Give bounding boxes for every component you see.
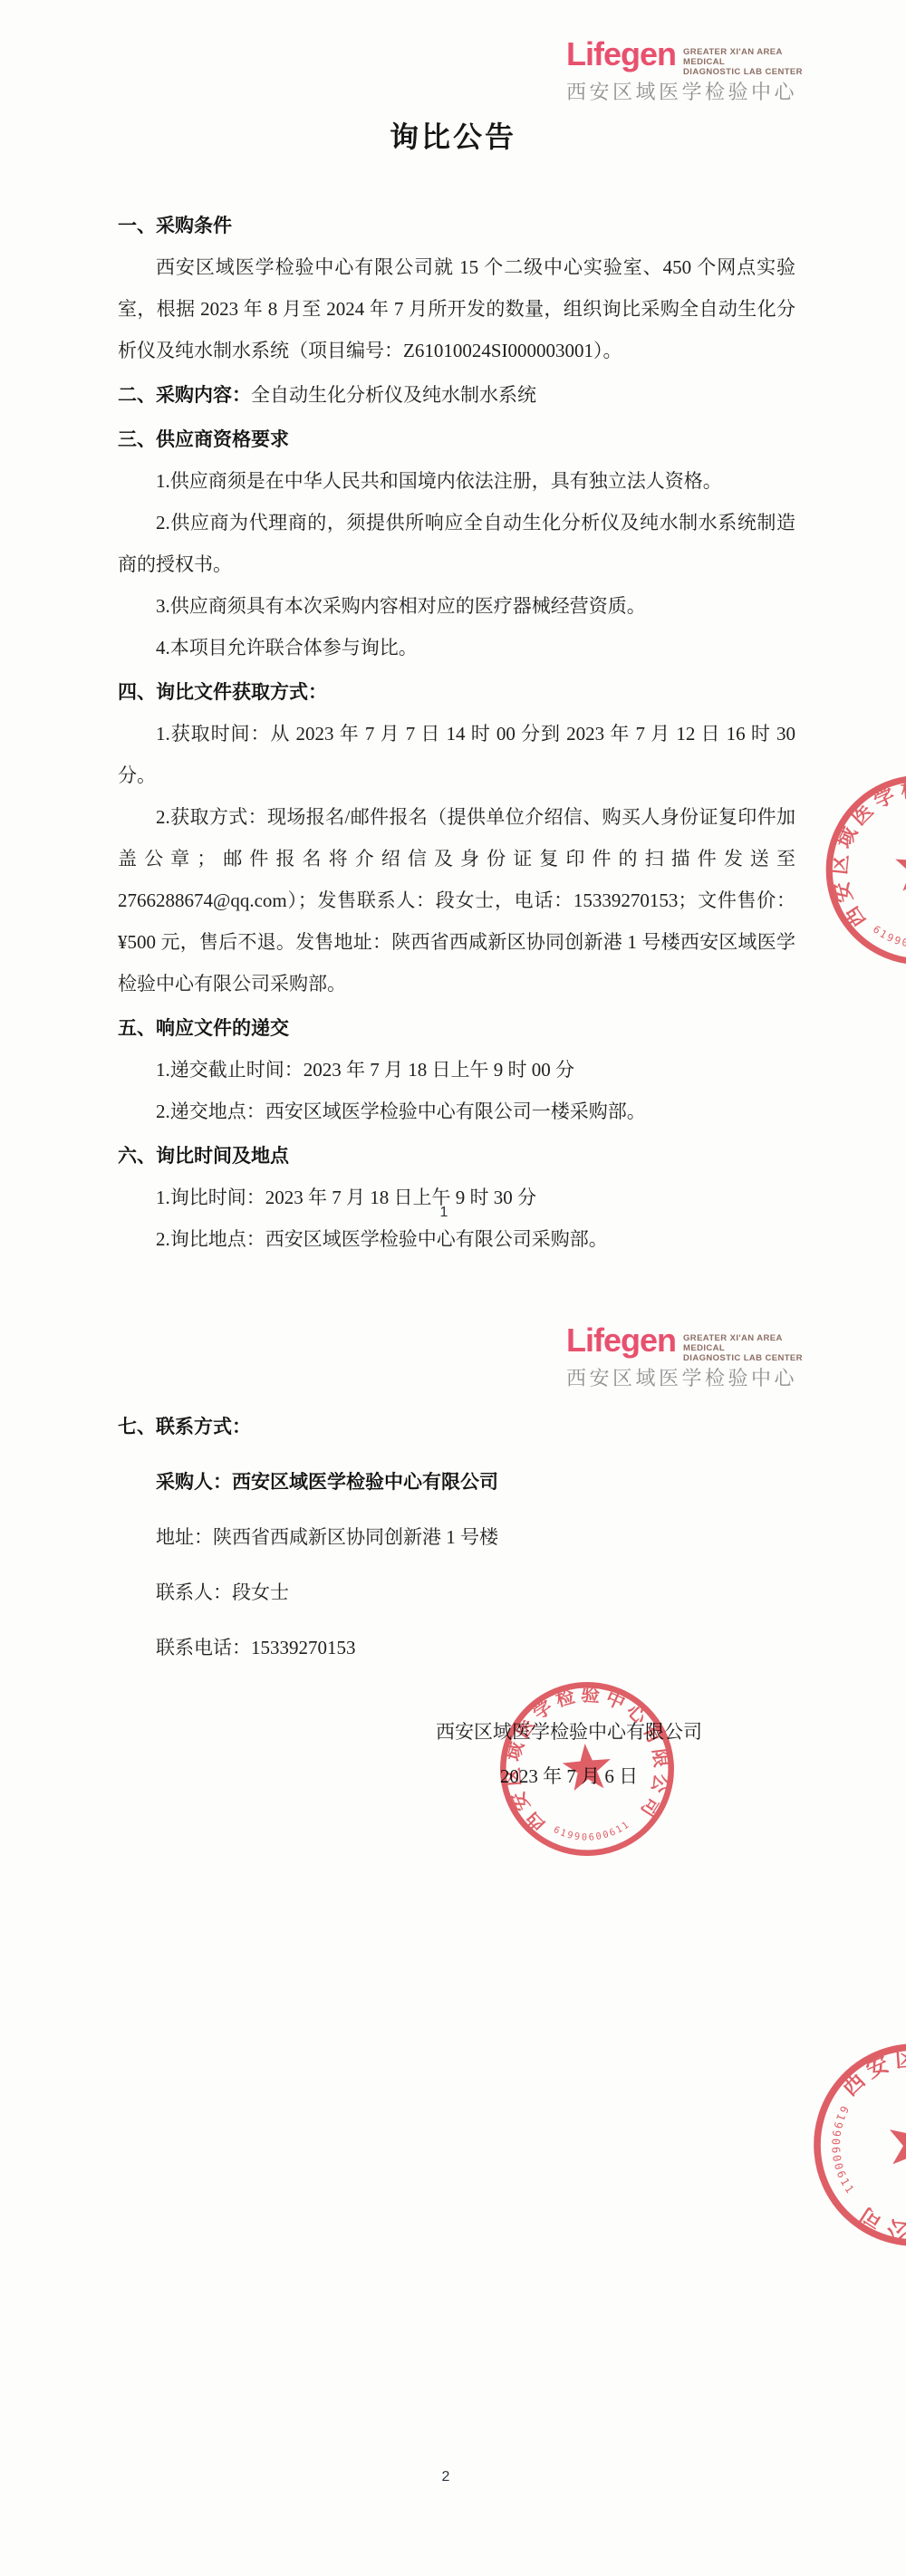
section-heading: 四、询比文件获取方式： [118,671,795,713]
page-title: 询比公告 [0,114,906,156]
section-response-submission: 五、响应文件的递交 1.递交截止时间：2023 年 7 月 18 日上午 9 时… [118,1007,795,1132]
list-item: 1.递交截止时间：2023 年 7 月 18 日上午 9 时 00 分 [118,1049,795,1091]
section-inquiry-time-place: 六、询比时间及地点 1.询比时间：2023 年 7 月 18 日上午 9 时 3… [118,1135,795,1260]
page2-number: 2 [0,2469,899,2485]
lifegen-tagline-line1: GREATER XI'AN AREA MEDICAL [683,47,782,67]
lifegen-tagline-line2: DIAGNOSTIC LAB CENTER [683,67,803,77]
company-seal-stamp-partial-top [811,760,906,981]
lifegen-tagline-line1: GREATER XI'AN AREA MEDICAL [683,1333,782,1353]
company-seal-stamp [486,1668,688,1870]
paragraph: 西安区域医学检验中心有限公司就 15 个二级中心实验室、450 个网点实验室，根… [118,246,795,371]
lifegen-logo: Lifegen GREATER XI'AN AREA MEDICAL DIAGN… [566,1324,806,1389]
section-purchase-content: 二、采购内容：全自动生化分析仪及纯水制水系统 [118,374,795,416]
document-sheet: Lifegen GREATER XI'AN AREA MEDICAL DIAGN… [0,0,906,2576]
section-heading: 三、供应商资格要求 [118,418,795,460]
section-heading-contact: 七、联系方式： [118,1399,795,1455]
list-item: 1.获取时间：从 2023 年 7 月 7 日 14 时 00 分到 2023 … [118,713,795,796]
lifegen-tagline: GREATER XI'AN AREA MEDICAL DIAGNOSTIC LA… [683,47,806,77]
section-purchase-conditions: 一、采购条件 西安区域医学检验中心有限公司就 15 个二级中心实验室、450 个… [118,205,795,371]
lifegen-chinese-name: 西安区域医学检验中心 [566,1368,806,1389]
lifegen-chinese-name: 西安区域医学检验中心 [566,82,806,103]
lifegen-tagline-line2: DIAGNOSTIC LAB CENTER [683,1353,803,1363]
section-inline-text: 全自动生化分析仪及纯水制水系统 [251,384,536,406]
section-heading: 二、采购内容：全自动生化分析仪及纯水制水系统 [118,374,795,416]
page2-content: 七、联系方式： 采购人：西安区域医学检验中心有限公司 地址：陕西省西咸新区协同创… [118,1399,795,1676]
list-item: 1.供应商须是在中华人民共和国境内依法注册，具有独立法人资格。 [118,460,795,502]
contact-address: 地址：陕西省西咸新区协同创新港 1 号楼 [118,1510,795,1565]
section-document-acquisition: 四、询比文件获取方式： 1.获取时间：从 2023 年 7 月 7 日 14 时… [118,671,795,1004]
section-heading: 五、响应文件的递交 [118,1007,795,1049]
section-heading: 一、采购条件 [118,205,795,246]
contact-buyer: 采购人：西安区域医学检验中心有限公司 [118,1455,795,1510]
lifegen-wordmark: Lifegen [566,38,676,71]
list-item: 4.本项目允许联合体参与询比。 [118,627,795,668]
list-item: 2.获取方式：现场报名/邮件报名（提供单位介绍信、购买人身份证复印件加盖公章；邮… [118,796,795,1004]
section-supplier-qualification: 三、供应商资格要求 1.供应商须是在中华人民共和国境内依法注册，具有独立法人资格… [118,418,795,668]
lifegen-wordmark: Lifegen [566,1324,676,1357]
list-item: 2.供应商为代理商的，须提供所响应全自动生化分析仪及纯水制水系统制造商的授权书。 [118,502,795,585]
contact-person: 联系人：段女士 [118,1565,795,1620]
list-item: 2.递交地点：西安区域医学检验中心有限公司一楼采购部。 [118,1091,795,1132]
contact-phone: 联系电话：15339270153 [118,1620,795,1676]
company-seal-stamp-partial-bottom [797,2027,906,2263]
list-item: 3.供应商须具有本次采购内容相对应的医疗器械经营资质。 [118,585,795,627]
page1-content: 一、采购条件 西安区域医学检验中心有限公司就 15 个二级中心实验室、450 个… [118,205,795,1260]
list-item: 2.询比地点：西安区域医学检验中心有限公司采购部。 [118,1218,795,1260]
lifegen-tagline: GREATER XI'AN AREA MEDICAL DIAGNOSTIC LA… [683,1333,806,1363]
lifegen-logo: Lifegen GREATER XI'AN AREA MEDICAL DIAGN… [566,38,806,103]
section-heading: 六、询比时间及地点 [118,1135,795,1177]
page1-number: 1 [0,1205,897,1221]
